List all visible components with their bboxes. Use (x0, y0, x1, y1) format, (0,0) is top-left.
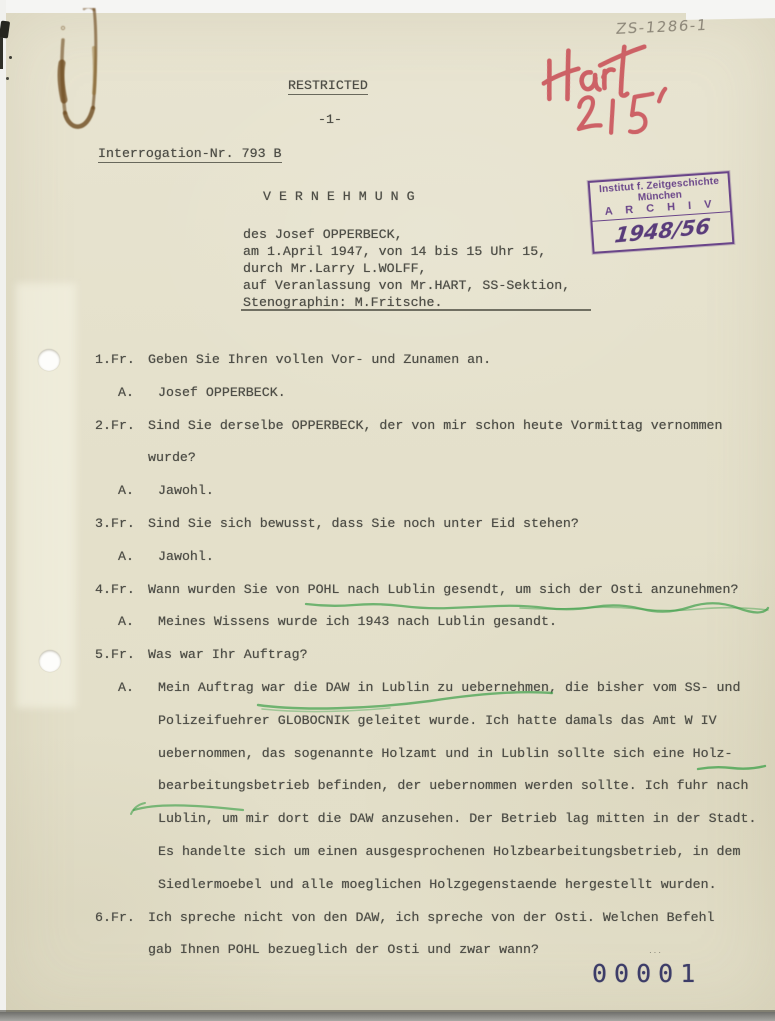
answer-text-line: Polizeifuehrer GLOBOCNIK geleitet wurde.… (158, 713, 717, 729)
question-text-line: Wann wurden Sie von POHL nach Lublin ges… (148, 582, 738, 598)
question-text-line: Geben Sie Ihren vollen Vor- und Zunamen … (148, 352, 491, 368)
answer-label: A. (118, 614, 134, 630)
question-number: 5.Fr. (95, 647, 135, 663)
question-text-line: wurde? (148, 450, 196, 466)
answer-text-line: Es handelte sich um einen ausgesprochene… (158, 844, 741, 860)
question-text-line: Sind Sie sich bewusst, dass Sie noch unt… (148, 516, 579, 532)
answer-text-line: Josef OPPERBECK. (158, 385, 286, 401)
answer-text-line: Jawohl. (158, 483, 214, 499)
question-number: 4.Fr. (95, 582, 135, 598)
answer-text-line: Jawohl. (158, 549, 214, 565)
archive-stamp: Institut f. Zeitgeschichte München A R C… (588, 171, 735, 254)
answer-label: A. (118, 385, 134, 401)
punch-hole (38, 349, 60, 371)
binding-reinforcement-strip (16, 283, 76, 708)
question-text-line: Was war Ihr Auftrag? (148, 647, 308, 663)
answer-text-line: bearbeitungsbetrieb befinden, der uebern… (158, 778, 748, 794)
interrogation-number-heading: Interrogation-Nr. 793 B (98, 146, 282, 162)
hearing-details-line: des Josef OPPERBECK, (243, 227, 403, 243)
hearing-details-line: auf Veranlassung von Mr.HART, SS-Sektion… (243, 278, 570, 294)
classification-heading: RESTRICTED (288, 78, 368, 94)
page-number-stamp: 00001 (592, 959, 702, 988)
answer-label: A. (118, 549, 134, 565)
stenographer-underline (241, 309, 591, 311)
question-text-line: gab Ihnen POHL bezueglich der Osti und z… (148, 942, 539, 958)
punch-hole (39, 650, 61, 672)
scanned-document-page: { "document": { "classification": "RESTR… (0, 0, 775, 1021)
answer-text-line: Lublin, um mir dort die DAW anzusehen. D… (158, 811, 756, 827)
red-crayon-handwriting-number (570, 87, 671, 146)
hearing-details-line: am 1.April 1947, von 14 bis 15 Uhr 15, (243, 244, 546, 260)
answer-text-line: Mein Auftrag war die DAW in Lublin zu ue… (158, 680, 741, 696)
ink-speck (9, 56, 12, 59)
answer-label: A. (118, 483, 134, 499)
question-text-line: Sind Sie derselbe OPPERBECK, der von mir… (148, 418, 723, 434)
answer-label: A. (118, 680, 134, 696)
question-number: 1.Fr. (95, 352, 135, 368)
hearing-details-line: durch Mr.Larry L.WOLFF, (243, 261, 427, 277)
answer-text-line: Meines Wissens wurde ich 1943 nach Lubli… (158, 614, 557, 630)
question-number: 2.Fr. (95, 418, 135, 434)
question-number: 3.Fr. (95, 516, 135, 532)
stray-marks: ··· (649, 948, 663, 957)
scanner-background-left (0, 0, 6, 1021)
scan-edge-artifact (0, 37, 3, 69)
question-text-line: Ich spreche nicht von den DAW, ich sprec… (148, 910, 715, 926)
answer-text-line: Siedlermoebel und alle moeglichen Holzge… (158, 877, 717, 893)
scanner-background-bottom (0, 1012, 775, 1021)
document-title: V E R N E H M U N G (263, 189, 415, 205)
question-number: 6.Fr. (95, 910, 135, 926)
ink-speck (6, 77, 9, 80)
page-number-heading: -1- (318, 112, 342, 128)
paperclip-rust-stain (42, 8, 122, 148)
answer-text-line: uebernommen, das sogenannte Holzamt und … (158, 746, 733, 762)
